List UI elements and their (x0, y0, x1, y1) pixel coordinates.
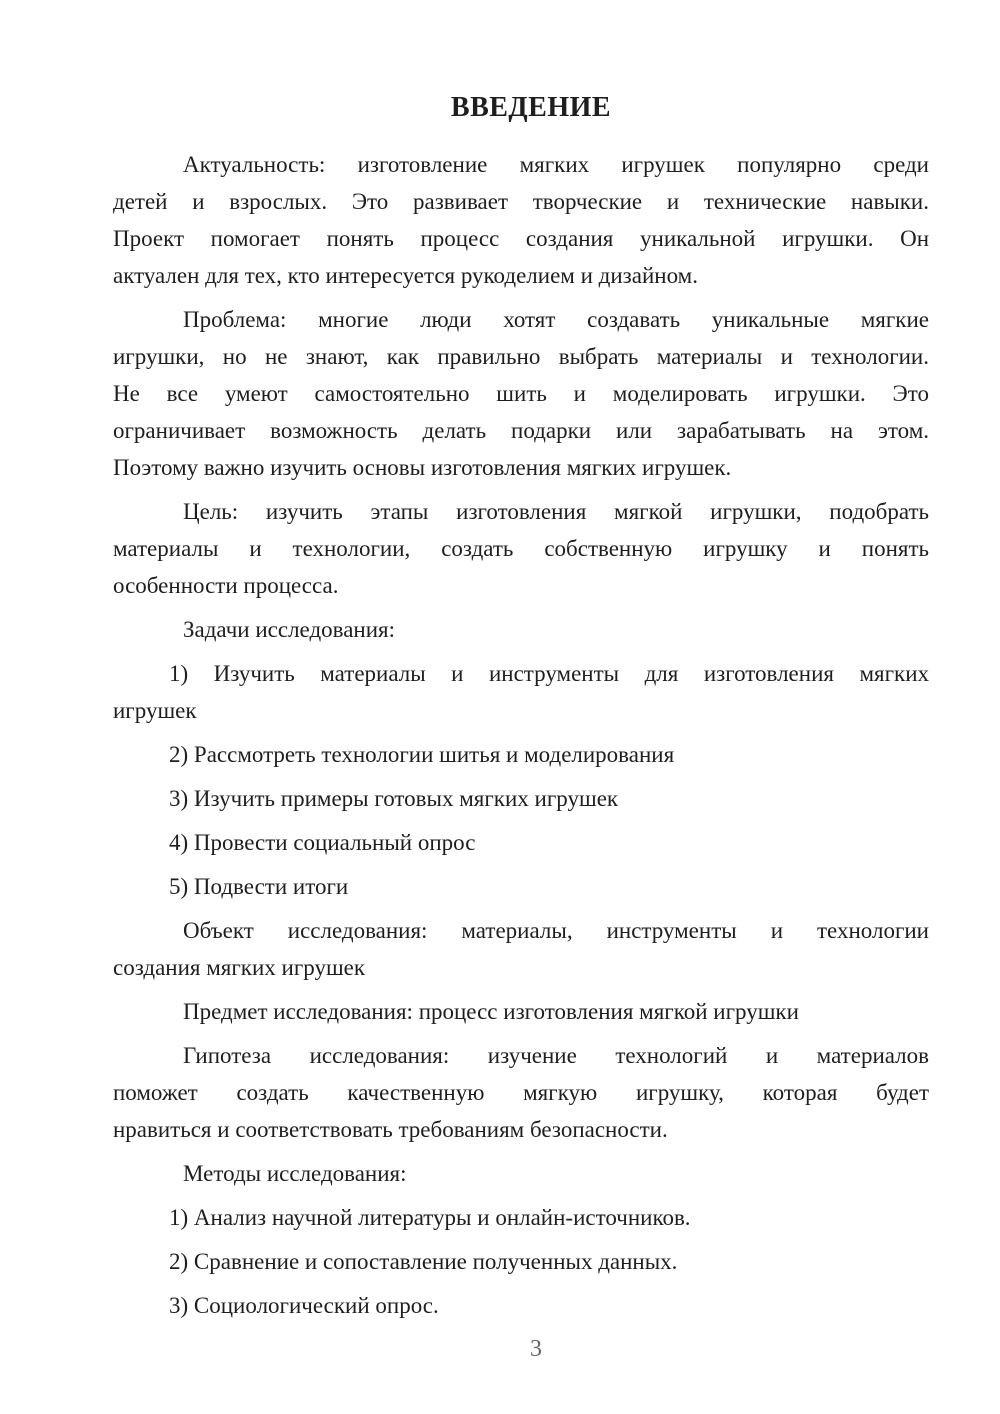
text-line: 3) Изучить примеры готовых мягких игруше… (113, 780, 929, 817)
text-line: Предмет исследования: процесс изготовлен… (113, 993, 929, 1030)
text-line: Проблема: многие люди хотят создавать ун… (113, 301, 929, 338)
text-line: игрушек (113, 692, 929, 729)
paragraph-goal: Цель: изучить этапы изготовления мягкой … (113, 493, 929, 604)
paragraph-problem: Проблема: многие люди хотят создавать ун… (113, 301, 929, 486)
text-line: ограничивает возможность делать подарки … (113, 412, 929, 449)
method-item-2: 2) Сравнение и сопоставление полученных … (113, 1243, 929, 1280)
task-item-4: 4) Провести социальный опрос (113, 824, 929, 861)
page-number: 3 (128, 1331, 944, 1368)
paragraph-relevance: Актуальность: изготовление мягких игруше… (113, 146, 929, 294)
text-line: Проект помогает понять процесс создания … (113, 220, 929, 257)
text-line: 5) Подвести итоги (113, 868, 929, 905)
text-line: детей и взрослых. Это развивает творческ… (113, 183, 929, 220)
text-line: Цель: изучить этапы изготовления мягкой … (113, 493, 929, 530)
text-line: материалы и технологии, создать собствен… (113, 530, 929, 567)
text-line: Поэтому важно изучить основы изготовлени… (113, 449, 929, 486)
paragraph-hypothesis: Гипотеза исследования: изучение технолог… (113, 1037, 929, 1148)
text-line: создания мягких игрушек (113, 949, 929, 986)
text-line: 2) Сравнение и сопоставление полученных … (113, 1243, 929, 1280)
paragraph-object: Объект исследования: материалы, инструме… (113, 912, 929, 986)
text-line: 4) Провести социальный опрос (113, 824, 929, 861)
task-item-2: 2) Рассмотреть технологии шитья и модели… (113, 736, 929, 773)
paragraph-subject: Предмет исследования: процесс изготовлен… (113, 993, 929, 1030)
text-line: Не все умеют самостоятельно шить и модел… (113, 375, 929, 412)
text-line: актуален для тех, кто интересуется рукод… (113, 257, 929, 294)
text-line: игрушки, но не знают, как правильно выбр… (113, 338, 929, 375)
text-line: поможет создать качественную мягкую игру… (113, 1074, 929, 1111)
text-line: Объект исследования: материалы, инструме… (113, 912, 929, 949)
text-line: нравиться и соответствовать требованиям … (113, 1111, 929, 1148)
task-item-1: 1) Изучить материалы и инструменты для и… (113, 655, 929, 729)
text-line: 3) Социологический опрос. (113, 1287, 929, 1324)
text-line: Методы исследования: (113, 1155, 929, 1192)
text-line: 2) Рассмотреть технологии шитья и модели… (113, 736, 929, 773)
method-item-1: 1) Анализ научной литературы и онлайн-ис… (113, 1199, 929, 1236)
text-line: 1) Изучить материалы и инструменты для и… (113, 655, 929, 692)
task-item-5: 5) Подвести итоги (113, 868, 929, 905)
document-page: ВВЕДЕНИЕ Актуальность: изготовление мягк… (0, 0, 1000, 1414)
text-line: особенности процесса. (113, 567, 929, 604)
task-item-3: 3) Изучить примеры готовых мягких игруше… (113, 780, 929, 817)
page-title: ВВЕДЕНИЕ (123, 91, 939, 125)
methods-heading: Методы исследования: (113, 1155, 929, 1192)
text-line: Гипотеза исследования: изучение технолог… (113, 1037, 929, 1074)
method-item-3: 3) Социологический опрос. (113, 1287, 929, 1324)
text-line: Задачи исследования: (113, 611, 929, 648)
tasks-heading: Задачи исследования: (113, 611, 929, 648)
text-line: Актуальность: изготовление мягких игруше… (113, 146, 929, 183)
text-line: 1) Анализ научной литературы и онлайн-ис… (113, 1199, 929, 1236)
